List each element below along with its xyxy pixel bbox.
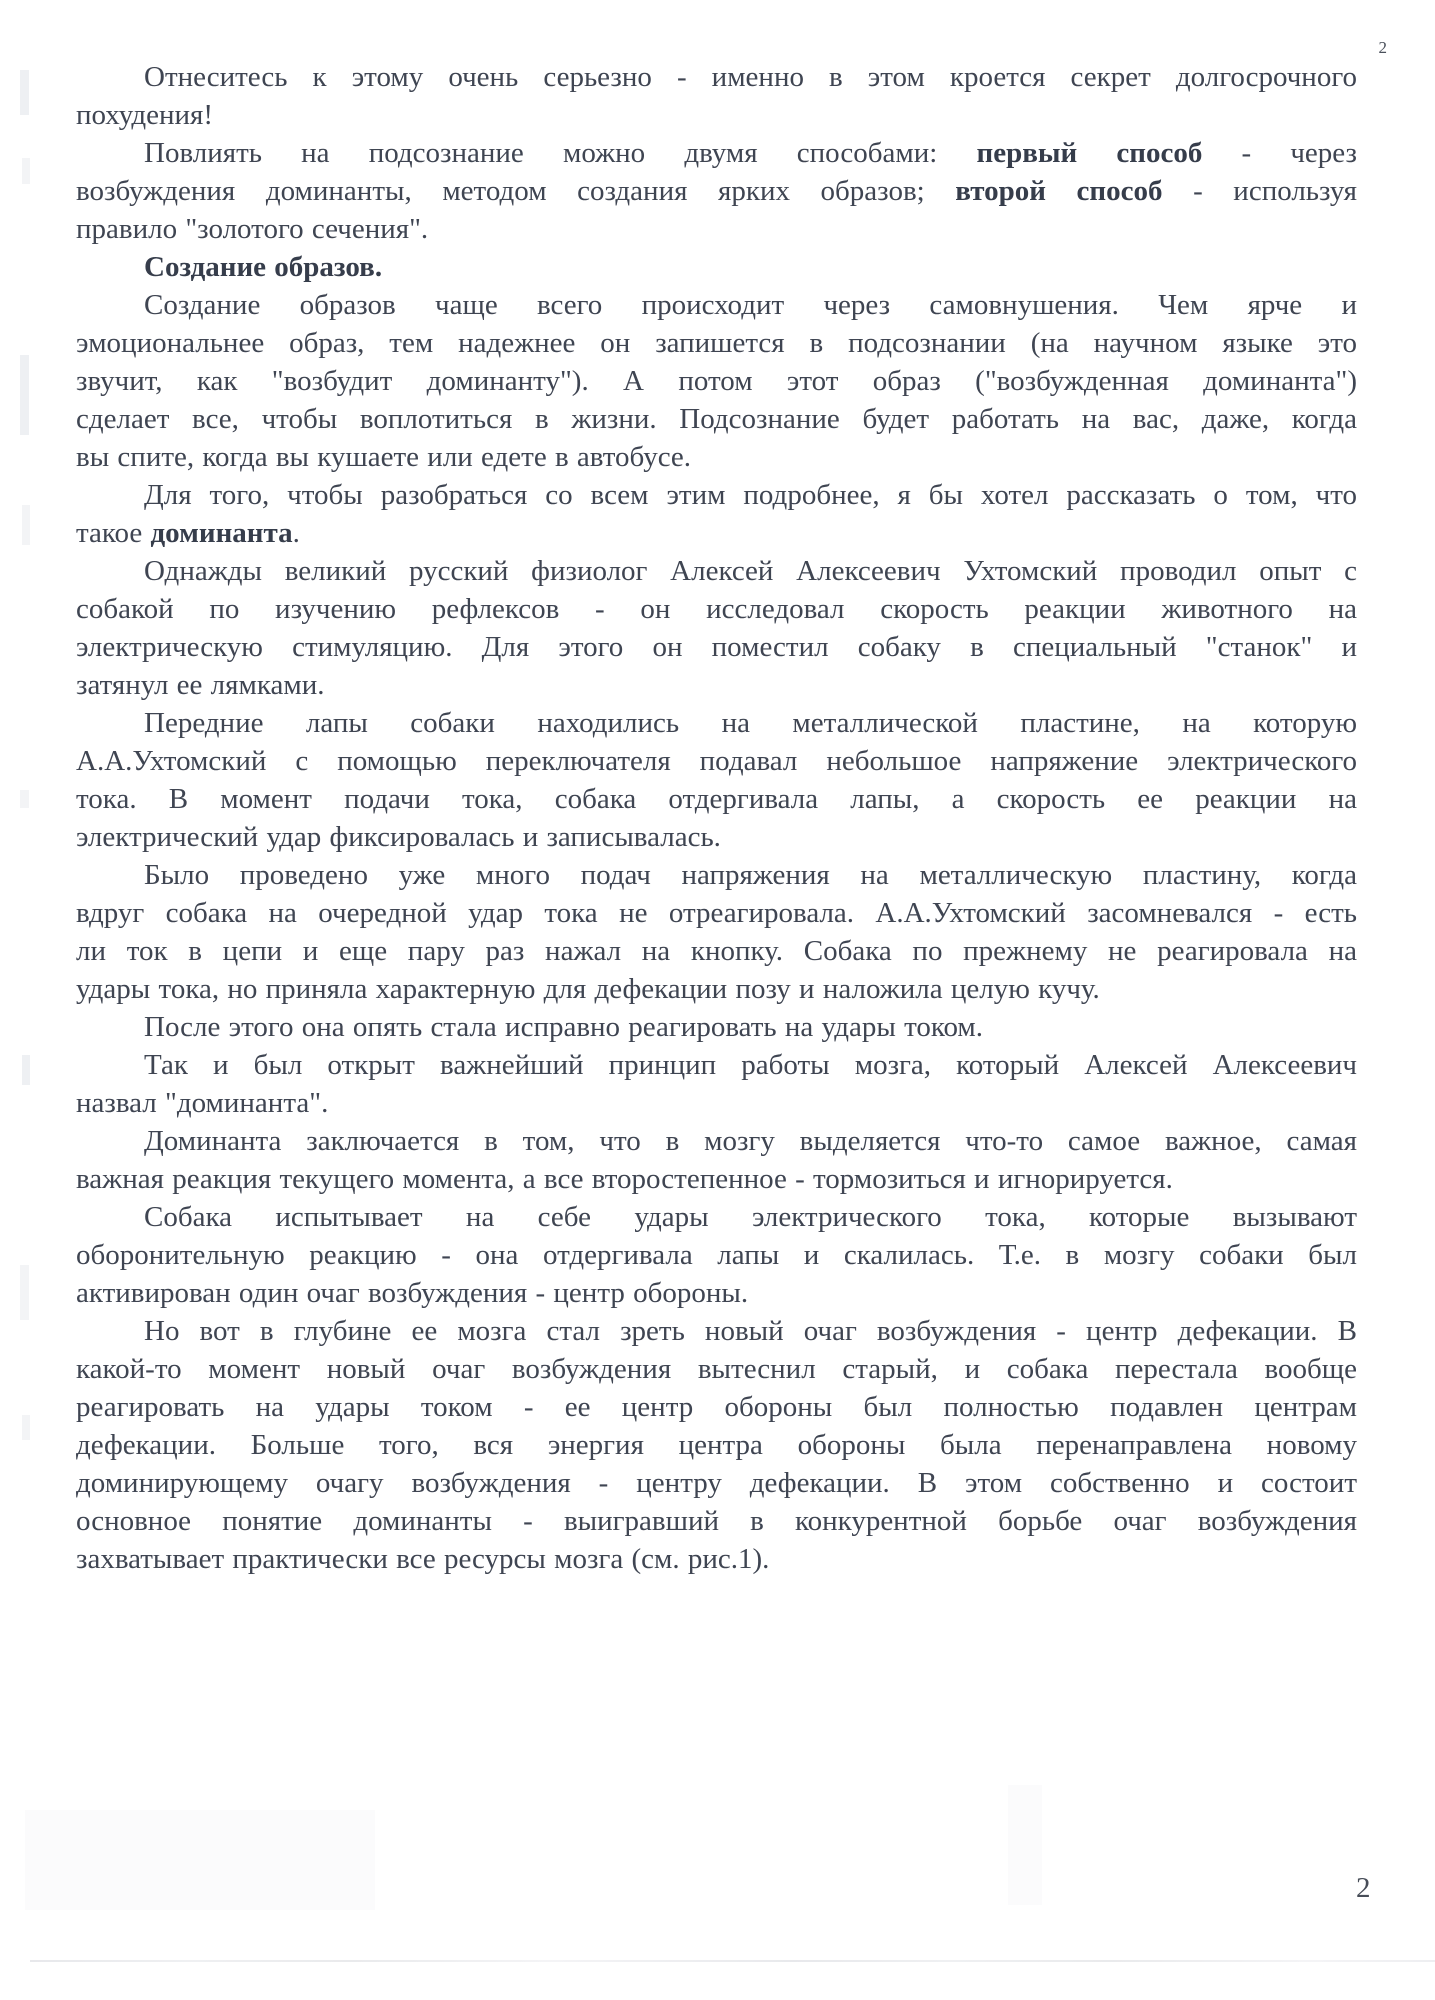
- text-run: Повлиять на подсознание можно двумя спос…: [144, 137, 976, 169]
- scan-artifact: [22, 505, 30, 545]
- paragraph-line: какой-то момент новый очаг возбуждения в…: [76, 1350, 1357, 1388]
- paragraph: Но вот в глубине ее мозга стал зреть нов…: [76, 1312, 1357, 1578]
- paragraph-line: оборонительную реакцию - она отдергивала…: [76, 1236, 1357, 1274]
- paragraph-line: собакой по изучению рефлексов - он иссле…: [76, 590, 1357, 628]
- scan-artifact: [25, 1810, 375, 1910]
- document-page: 2 Отнеситесь к этому очень серьезно - им…: [0, 0, 1435, 2000]
- paragraph-line: Повлиять на подсознание можно двумя спос…: [76, 134, 1357, 172]
- scan-artifact: [22, 1055, 30, 1085]
- paragraph: Собака испытывает на себе удары электрич…: [76, 1198, 1357, 1312]
- scan-artifact: [20, 355, 29, 435]
- text-run: такое: [76, 517, 151, 549]
- page-number-top: 2: [1379, 38, 1388, 58]
- paragraph-line: возбуждения доминанты, методом создания …: [76, 172, 1357, 210]
- paragraph-line: После этого она опять стала исправно реа…: [76, 1008, 1357, 1046]
- paragraph-line: ли ток в цепи и еще пару раз нажал на кн…: [76, 932, 1357, 970]
- paragraph-line: вы спите, когда вы кушаете или едете в а…: [76, 438, 1357, 476]
- paragraph-line: электрический удар фиксировалась и запис…: [76, 818, 1357, 856]
- paragraph-line: захватывает практически все ресурсы мозг…: [76, 1540, 1357, 1578]
- scan-artifact: [20, 790, 29, 808]
- text-run: возбуждения доминанты, методом создания …: [76, 175, 955, 207]
- paragraph-line: дефекации. Больше того, вся энергия цент…: [76, 1426, 1357, 1464]
- paragraph-line: звучит, как "возбудит доминанту"). А пот…: [76, 362, 1357, 400]
- paragraph-line: Но вот в глубине ее мозга стал зреть нов…: [76, 1312, 1357, 1350]
- paragraph-line: электрическую стимуляцию. Для этого он п…: [76, 628, 1357, 666]
- paragraph-line: реагировать на удары током - ее центр об…: [76, 1388, 1357, 1426]
- paragraph-line: эмоциональнее образ, тем надежнее он зап…: [76, 324, 1357, 362]
- scan-artifact-line: [30, 1960, 1435, 1962]
- scan-artifact: [22, 158, 30, 184]
- paragraph-line: похудения!: [76, 96, 1357, 134]
- scan-artifact: [22, 1415, 30, 1440]
- paragraph: Для того, чтобы разобраться со всем этим…: [76, 476, 1357, 552]
- paragraph-line: удары тока, но приняла характерную для д…: [76, 970, 1357, 1008]
- paragraph-line: такое доминанта.: [76, 514, 1357, 552]
- paragraph-line: основное понятие доминанты - выигравший …: [76, 1502, 1357, 1540]
- page-number-bottom: 2: [1356, 1872, 1371, 1905]
- text-run: - используя: [1162, 175, 1357, 207]
- paragraph-line: Так и был открыт важнейший принцип работ…: [76, 1046, 1357, 1084]
- paragraph: Создание образов чаще всего происходит ч…: [76, 286, 1357, 476]
- paragraph: Отнеситесь к этому очень серьезно - имен…: [76, 58, 1357, 134]
- paragraph-line: активирован один очаг возбуждения - цент…: [76, 1274, 1357, 1312]
- paragraph: Было проведено уже много подач напряжени…: [76, 856, 1357, 1008]
- paragraph: Доминанта заключается в том, что в мозгу…: [76, 1122, 1357, 1198]
- paragraph-line: Передние лапы собаки находились на метал…: [76, 704, 1357, 742]
- text-run-bold: первый способ: [976, 137, 1202, 169]
- paragraph: Так и был открыт важнейший принцип работ…: [76, 1046, 1357, 1122]
- paragraph: Передние лапы собаки находились на метал…: [76, 704, 1357, 856]
- scan-artifact: [1008, 1785, 1042, 1905]
- paragraph-line: Было проведено уже много подач напряжени…: [76, 856, 1357, 894]
- paragraph-line: А.А.Ухтомский с помощью переключателя по…: [76, 742, 1357, 780]
- text-run: .: [293, 517, 300, 549]
- paragraph-line: Однажды великий русский физиолог Алексей…: [76, 552, 1357, 590]
- paragraph-line: затянул ее лямками.: [76, 666, 1357, 704]
- text-run-bold: доминанта: [151, 517, 293, 549]
- heading-line: Создание образов.: [76, 248, 1357, 286]
- paragraph: Повлиять на подсознание можно двумя спос…: [76, 134, 1357, 248]
- text-run-bold: второй способ: [955, 175, 1162, 207]
- paragraph-line: тока. В момент подачи тока, собака отдер…: [76, 780, 1357, 818]
- text-block: Отнеситесь к этому очень серьезно - имен…: [76, 58, 1357, 1578]
- scan-artifact: [20, 70, 29, 115]
- paragraph-line: Отнеситесь к этому очень серьезно - имен…: [76, 58, 1357, 96]
- paragraph-line: Для того, чтобы разобраться со всем этим…: [76, 476, 1357, 514]
- paragraph: После этого она опять стала исправно реа…: [76, 1008, 1357, 1046]
- paragraph-line: правило "золотого сечения".: [76, 210, 1357, 248]
- scan-artifact: [20, 1265, 29, 1320]
- text-run: - через: [1202, 137, 1357, 169]
- paragraph-line: вдруг собака на очередной удар тока не о…: [76, 894, 1357, 932]
- paragraph-line: Создание образов чаще всего происходит ч…: [76, 286, 1357, 324]
- paragraph-line: доминирующему очагу возбуждения - центру…: [76, 1464, 1357, 1502]
- paragraph-line: важная реакция текущего момента, а все в…: [76, 1160, 1357, 1198]
- paragraph-line: назвал "доминанта".: [76, 1084, 1357, 1122]
- paragraph-line: сделает все, чтобы воплотиться в жизни. …: [76, 400, 1357, 438]
- paragraph-line: Доминанта заключается в том, что в мозгу…: [76, 1122, 1357, 1160]
- section-heading: Создание образов.: [76, 248, 1357, 286]
- paragraph-line: Собака испытывает на себе удары электрич…: [76, 1198, 1357, 1236]
- paragraph: Однажды великий русский физиолог Алексей…: [76, 552, 1357, 704]
